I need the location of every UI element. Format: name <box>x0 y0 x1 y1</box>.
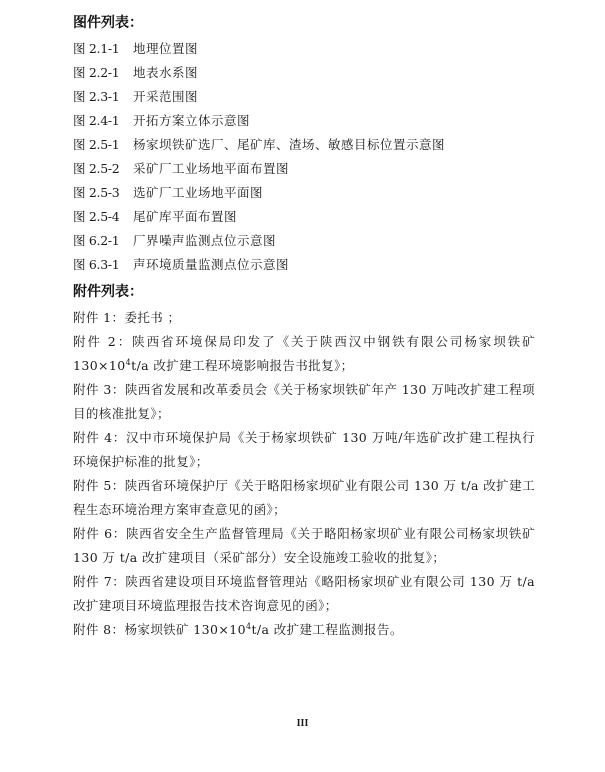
attachment-label: 附件 8： <box>73 622 124 637</box>
attachment-label: 附件 4： <box>73 430 126 445</box>
figure-title: 尾矿库平面布置图 <box>133 205 237 229</box>
attachment-text: 杨家坝铁矿 130×10 <box>124 622 246 637</box>
figure-list-item: 图 6.2-1 厂界噪声监测点位示意图 <box>73 229 535 253</box>
figure-number: 图 6.3-1 <box>73 253 133 277</box>
figure-list-item: 图 2.2-1 地表水系图 <box>73 61 535 85</box>
figure-list-item: 图 2.1-1 地理位置图 <box>73 37 535 61</box>
figure-number: 图 2.1-1 <box>73 37 133 61</box>
figure-list-item: 图 2.5-1 杨家坝铁矿选厂、尾矿库、渣场、敏感目标位置示意图 <box>73 133 535 157</box>
attachment-item: 附件 5：陕西省环境保护厅《关于略阳杨家坝矿业有限公司 130 万 t/a 改扩… <box>73 474 535 522</box>
document-page: 图件列表： 图 2.1-1 地理位置图 图 2.2-1 地表水系图 图 2.3-… <box>73 12 535 642</box>
figure-number: 图 2.5-1 <box>73 133 133 157</box>
attachment-item: 附件 8：杨家坝铁矿 130×104t/a 改扩建工程监测报告。 <box>73 618 535 642</box>
figure-list-item: 图 2.5-2 采矿厂工业场地平面布置图 <box>73 157 535 181</box>
attachment-text: 陕西省建设项目环境监督管理站《略阳杨家坝矿业有限公司 130 万 t/a 改扩建… <box>73 574 535 613</box>
figure-list-item: 图 2.3-1 开采范围图 <box>73 85 535 109</box>
attachment-item: 附件 2：陕西省环境保局印发了《关于陕西汉中钢铁有限公司杨家坝铁矿 130×10… <box>73 330 535 378</box>
attachment-text: 陕西省环境保护厅《关于略阳杨家坝矿业有限公司 130 万 t/a 改扩建工程生态… <box>73 478 535 517</box>
figure-number: 图 2.2-1 <box>73 61 133 85</box>
figure-title: 厂界噪声监测点位示意图 <box>133 229 276 253</box>
attachment-item: 附件 7：陕西省建设项目环境监督管理站《略阳杨家坝矿业有限公司 130 万 t/… <box>73 570 535 618</box>
attachment-text: 汉中市环境保护局《关于杨家坝铁矿 130 万吨/年选矿改扩建工程执行环境保护标准… <box>73 430 535 469</box>
attachment-text-cont: t/a 改扩建工程监测报告。 <box>251 622 402 637</box>
figure-number: 图 6.2-1 <box>73 229 133 253</box>
attachment-label: 附件 1： <box>73 310 124 325</box>
attachment-text: 陕西省安全生产监督管理局《关于略阳杨家坝矿业有限公司杨家坝铁矿 130 万 t/… <box>73 526 535 565</box>
figure-list-item: 图 2.5-3 选矿厂工业场地平面图 <box>73 181 535 205</box>
attachment-text-cont: t/a 改扩建工程环境影响报告书批复》； <box>131 358 353 373</box>
attachment-list: 附件 1：委托书 ； 附件 2：陕西省环境保局印发了《关于陕西汉中钢铁有限公司杨… <box>73 306 535 642</box>
figure-list-heading: 图件列表： <box>73 12 535 34</box>
figure-title: 地表水系图 <box>133 61 198 85</box>
figure-title: 选矿厂工业场地平面图 <box>133 181 263 205</box>
attachment-item: 附件 6：陕西省安全生产监督管理局《关于略阳杨家坝矿业有限公司杨家坝铁矿 130… <box>73 522 535 570</box>
figure-number: 图 2.5-2 <box>73 157 133 181</box>
attachment-text: 陕西省发展和改革委员会《关于杨家坝铁矿年产 130 万吨改扩建工程项目的核准批复… <box>73 382 535 421</box>
figure-list-item: 图 2.4-1 开拓方案立体示意图 <box>73 109 535 133</box>
attachment-label: 附件 5： <box>73 478 125 493</box>
page-number: III <box>0 718 605 729</box>
attachment-item: 附件 4：汉中市环境保护局《关于杨家坝铁矿 130 万吨/年选矿改扩建工程执行环… <box>73 426 535 474</box>
attachment-list-heading: 附件列表： <box>73 281 535 303</box>
attachment-label: 附件 2： <box>73 334 132 349</box>
figure-number: 图 2.3-1 <box>73 85 133 109</box>
figure-number: 图 2.5-3 <box>73 181 133 205</box>
figure-title: 采矿厂工业场地平面布置图 <box>133 157 289 181</box>
attachment-item: 附件 3：陕西省发展和改革委员会《关于杨家坝铁矿年产 130 万吨改扩建工程项目… <box>73 378 535 426</box>
figure-title: 声环境质量监测点位示意图 <box>133 253 289 277</box>
attachment-label: 附件 6： <box>73 526 126 541</box>
attachment-label: 附件 7： <box>73 574 125 589</box>
figure-list-item: 图 2.5-4 尾矿库平面布置图 <box>73 205 535 229</box>
figure-title: 开采范围图 <box>133 85 198 109</box>
figure-title: 开拓方案立体示意图 <box>133 109 250 133</box>
figure-title: 杨家坝铁矿选厂、尾矿库、渣场、敏感目标位置示意图 <box>133 133 445 157</box>
attachment-item: 附件 1：委托书 ； <box>73 306 535 330</box>
attachment-label: 附件 3： <box>73 382 125 397</box>
figure-list-item: 图 6.3-1 声环境质量监测点位示意图 <box>73 253 535 277</box>
figure-list: 图 2.1-1 地理位置图 图 2.2-1 地表水系图 图 2.3-1 开采范围… <box>73 37 535 277</box>
figure-number: 图 2.4-1 <box>73 109 133 133</box>
attachment-text: 委托书 ； <box>124 310 180 325</box>
figure-number: 图 2.5-4 <box>73 205 133 229</box>
figure-title: 地理位置图 <box>133 37 198 61</box>
